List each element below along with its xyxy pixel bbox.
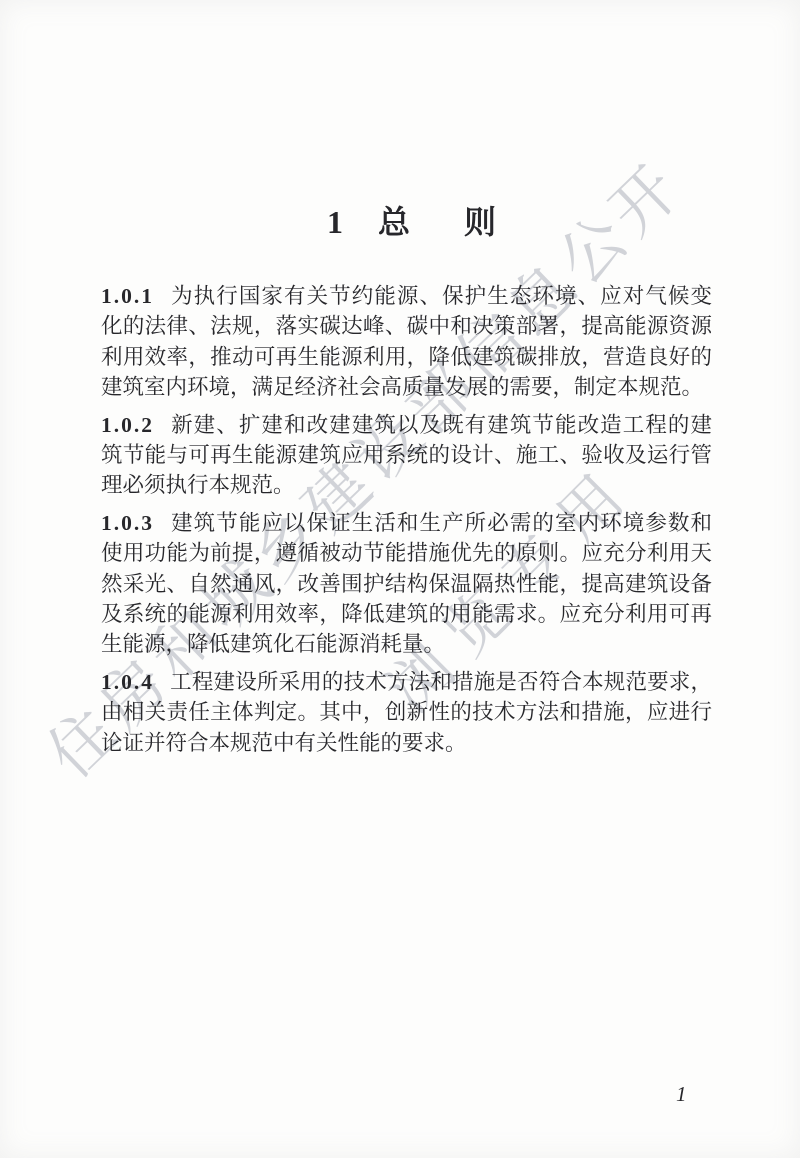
clause-number: 1.0.1 xyxy=(101,284,154,308)
clause-1-0-3: 1.0.3建筑节能应以保证生活和生产所必需的室内环境参数和 使用功能为前提，遵循… xyxy=(101,508,712,660)
clause-number: 1.0.4 xyxy=(101,670,154,694)
clause-number: 1.0.3 xyxy=(101,511,154,535)
clause-line: 化的法律、法规，落实碳达峰、碳中和决策部署，提高能源资源 xyxy=(101,311,712,341)
chapter-number: 1 xyxy=(327,204,343,240)
clause-line: 使用功能为前提，遵循被动节能措施优先的原则。应充分利用天 xyxy=(101,538,712,568)
clause-line: 及系统的能源利用效率，降低建筑的用能需求。应充分利用可再 xyxy=(101,599,712,629)
clause-number: 1.0.2 xyxy=(101,413,154,437)
page-number: 1 xyxy=(676,1082,687,1107)
clause-1-0-4: 1.0.4工程建设所采用的技术方法和措施是否符合本规范要求， 由相关责任主体判定… xyxy=(101,667,712,758)
clause-line: 由相关责任主体判定。其中，创新性的技术方法和措施，应进行 xyxy=(101,697,712,727)
clause-1-0-2: 1.0.2新建、扩建和改建建筑以及既有建筑节能改造工程的建 筑节能与可再生能源建… xyxy=(101,410,712,501)
clause-line-text: 新建、扩建和改建建筑以及既有建筑节能改造工程的建 xyxy=(170,413,712,437)
clause-line: 1.0.2新建、扩建和改建建筑以及既有建筑节能改造工程的建 xyxy=(101,410,712,440)
clause-1-0-1: 1.0.1为执行国家有关节约能源、保护生态环境、应对气候变 化的法律、法规，落实… xyxy=(101,281,712,403)
chapter-title-char1: 总 xyxy=(378,204,410,240)
clause-line-text: 为执行国家有关节约能源、保护生态环境、应对气候变 xyxy=(170,284,712,308)
clause-line: 生能源，降低建筑化石能源消耗量。 xyxy=(101,629,712,659)
clause-line-text: 建筑节能应以保证生活和生产所必需的室内环境参数和 xyxy=(170,511,712,535)
chapter-title: 1 总 则 xyxy=(0,197,800,243)
chapter-title-char2: 则 xyxy=(464,204,496,240)
clause-line-text: 工程建设所采用的技术方法和措施是否符合本规范要求， xyxy=(170,670,712,694)
clause-line: 论证并符合本规范中有关性能的要求。 xyxy=(101,728,712,758)
clause-line: 1.0.4工程建设所采用的技术方法和措施是否符合本规范要求， xyxy=(101,667,712,697)
clause-line: 理必须执行本规范。 xyxy=(101,470,712,500)
document-page: 住房和城乡建设部信息公开 浏览专用 1 总 则 1.0.1为执行国家有关节约能源… xyxy=(0,0,800,1158)
body-text: 1.0.1为执行国家有关节约能源、保护生态环境、应对气候变 化的法律、法规，落实… xyxy=(101,281,712,758)
clause-line: 然采光、自然通风，改善围护结构保温隔热性能，提高建筑设备 xyxy=(101,569,712,599)
clause-line: 利用效率，推动可再生能源利用，降低建筑碳排放，营造良好的 xyxy=(101,342,712,372)
clause-line: 1.0.1为执行国家有关节约能源、保护生态环境、应对气候变 xyxy=(101,281,712,311)
clause-line: 筑节能与可再生能源建筑应用系统的设计、施工、验收及运行管 xyxy=(101,440,712,470)
clause-line: 建筑室内环境，满足经济社会高质量发展的需要，制定本规范。 xyxy=(101,372,712,402)
clause-line: 1.0.3建筑节能应以保证生活和生产所必需的室内环境参数和 xyxy=(101,508,712,538)
